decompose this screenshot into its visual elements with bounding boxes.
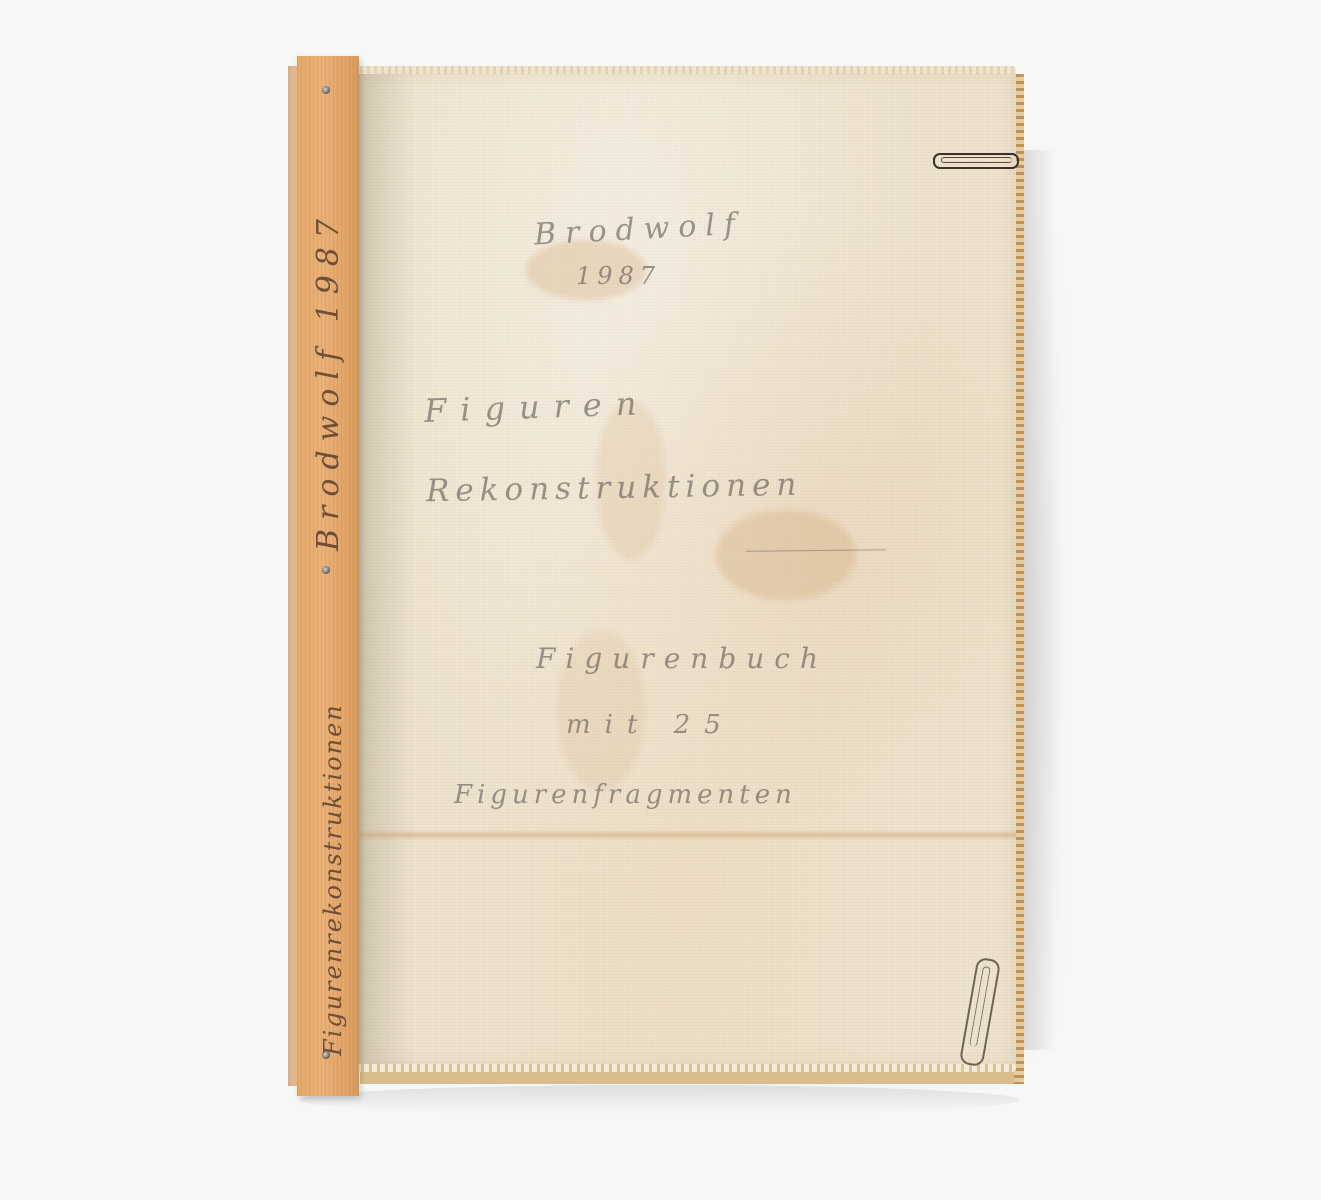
- spine-signature: Brodwolf 1987: [311, 210, 346, 551]
- frayed-bottom-edge: [356, 1064, 1016, 1072]
- wooden-spine: Brodwolf 1987 Figurenrekonstruktionen: [297, 56, 359, 1096]
- subtitle-line-2: mit 25: [566, 710, 735, 740]
- cover-year: 1987: [576, 262, 661, 290]
- artist-book-photo: Brodwolf 1987 Figuren Rekonstruktionen F…: [0, 0, 1321, 1200]
- bottom-shadow: [300, 1085, 1020, 1115]
- stain: [716, 510, 856, 600]
- canvas-cover: Brodwolf 1987 Figuren Rekonstruktionen F…: [356, 70, 1016, 1068]
- spine-fold-shade: [356, 70, 416, 1068]
- artist-signature: Brodwolf: [533, 207, 745, 253]
- screw-icon: [322, 86, 330, 94]
- subtitle-line-3: Figurenfragmenten: [454, 780, 797, 810]
- title-line-1: Figuren: [423, 384, 651, 430]
- screw-icon: [322, 566, 330, 574]
- frayed-top-edge: [356, 66, 1016, 74]
- title-line-2: Rekonstruktionen: [426, 467, 803, 510]
- paper-clip-icon: [933, 153, 1019, 169]
- horizontal-fold-line: [356, 830, 1016, 840]
- spine-title: Figurenrekonstruktionen: [319, 703, 347, 1056]
- subtitle-line-1: Figurenbuch: [536, 642, 828, 675]
